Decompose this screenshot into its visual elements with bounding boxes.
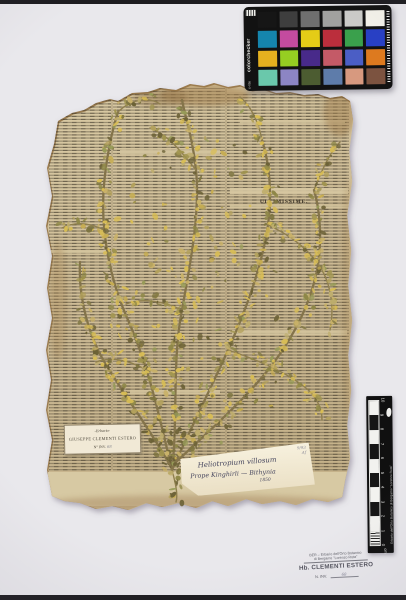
color-patch: [366, 49, 385, 66]
color-patch: [322, 11, 341, 28]
collection-stamp-label: -Erbario- GIUSEPPE CLEMENTI ESTERO N° IN…: [64, 423, 142, 455]
color-patch: [301, 30, 320, 47]
colorchecker-edge-ruler: [386, 11, 390, 83]
corner-note-pencil: 9/93 Af: [297, 446, 306, 455]
institution-stamp: BER – Erbario dell'Orto Botanico di Berg…: [294, 550, 377, 580]
xrite-logo-icon: [245, 10, 255, 16]
ruler-block: [370, 430, 379, 444]
ruler-block: [370, 444, 379, 458]
color-patch: [257, 12, 276, 29]
color-patch: [302, 69, 321, 86]
color-patch: [258, 31, 277, 48]
color-patch: [344, 10, 363, 27]
ruler-number: 1: [381, 529, 385, 531]
inventory-number-handwritten: 68: [107, 443, 112, 448]
ruler-number: 8: [380, 428, 384, 430]
color-patch: [258, 50, 277, 67]
herbarium-sheet-photo: ULTIMISSIME. -Erbario- GIUSEPPE CLEMENTI…: [0, 0, 406, 600]
stamp-herbarium-word: -Erbario-: [65, 427, 140, 434]
ruler-number: 7: [380, 442, 384, 444]
color-patch: [280, 50, 299, 67]
ruler-number: 0: [381, 544, 385, 546]
herbarium-leaf-logo-icon: [386, 408, 391, 417]
color-checker: colorchecker x-rite: [243, 5, 392, 91]
xrite-brand-label: x-rite: [247, 73, 251, 89]
ruler-block: [371, 531, 380, 545]
color-patch: [279, 31, 298, 48]
photo-frame-top: [0, 0, 406, 4]
color-patch: [344, 30, 363, 47]
stamp-inventory-line: N° INV. 68: [65, 443, 140, 450]
ruler-numbers: 012345678910: [380, 400, 389, 546]
inventory-prefix: N° INV.: [94, 444, 107, 448]
ruler-number: 3: [380, 500, 384, 502]
color-patch: [301, 11, 320, 28]
color-patch: [323, 30, 342, 47]
color-patch: [301, 49, 320, 66]
ruler-block: [370, 459, 379, 473]
date-handwritten: 1850: [260, 478, 271, 484]
ruler-number: 6: [380, 457, 384, 459]
inv-prefix: N. INV.: [315, 573, 327, 579]
taxon-name-handwritten: Heliotropium villosum: [197, 456, 276, 470]
ruler-number: 9: [380, 413, 384, 415]
ruler-block: [370, 473, 379, 487]
ruler-blocks: [368, 400, 381, 546]
colorchecker-side-label: colorchecker: [245, 18, 252, 72]
ruler-unit-label: cm: [383, 548, 387, 553]
color-patch: [366, 10, 385, 27]
ruler-block: [370, 502, 379, 516]
color-patch: [345, 49, 364, 66]
color-patch: [345, 68, 364, 85]
ruler-number: 4: [380, 486, 384, 488]
color-patch: [280, 69, 299, 86]
color-patch: [323, 68, 342, 85]
color-patch: [367, 68, 386, 85]
color-patch: [366, 29, 385, 46]
colorchecker-grid: [257, 10, 385, 86]
ruler-block: [370, 516, 379, 530]
cm-scale-bar: 012345678910 cm Erbario dell'Orto Botani…: [366, 396, 394, 553]
ruler-block: [369, 401, 378, 415]
ruler-block: [370, 487, 379, 501]
color-patch: [323, 49, 342, 66]
plant-specimen: [0, 0, 406, 600]
stamp-collection-name: GIUSEPPE CLEMENTI ESTERO: [65, 435, 140, 442]
color-patch: [258, 69, 277, 86]
ruler-number: 2: [381, 515, 385, 517]
color-patch: [279, 11, 298, 28]
ruler-number: 10: [381, 398, 385, 403]
photo-frame-bottom: [0, 595, 406, 600]
ruler-block: [369, 415, 378, 429]
ruler-number: 5: [380, 471, 384, 473]
